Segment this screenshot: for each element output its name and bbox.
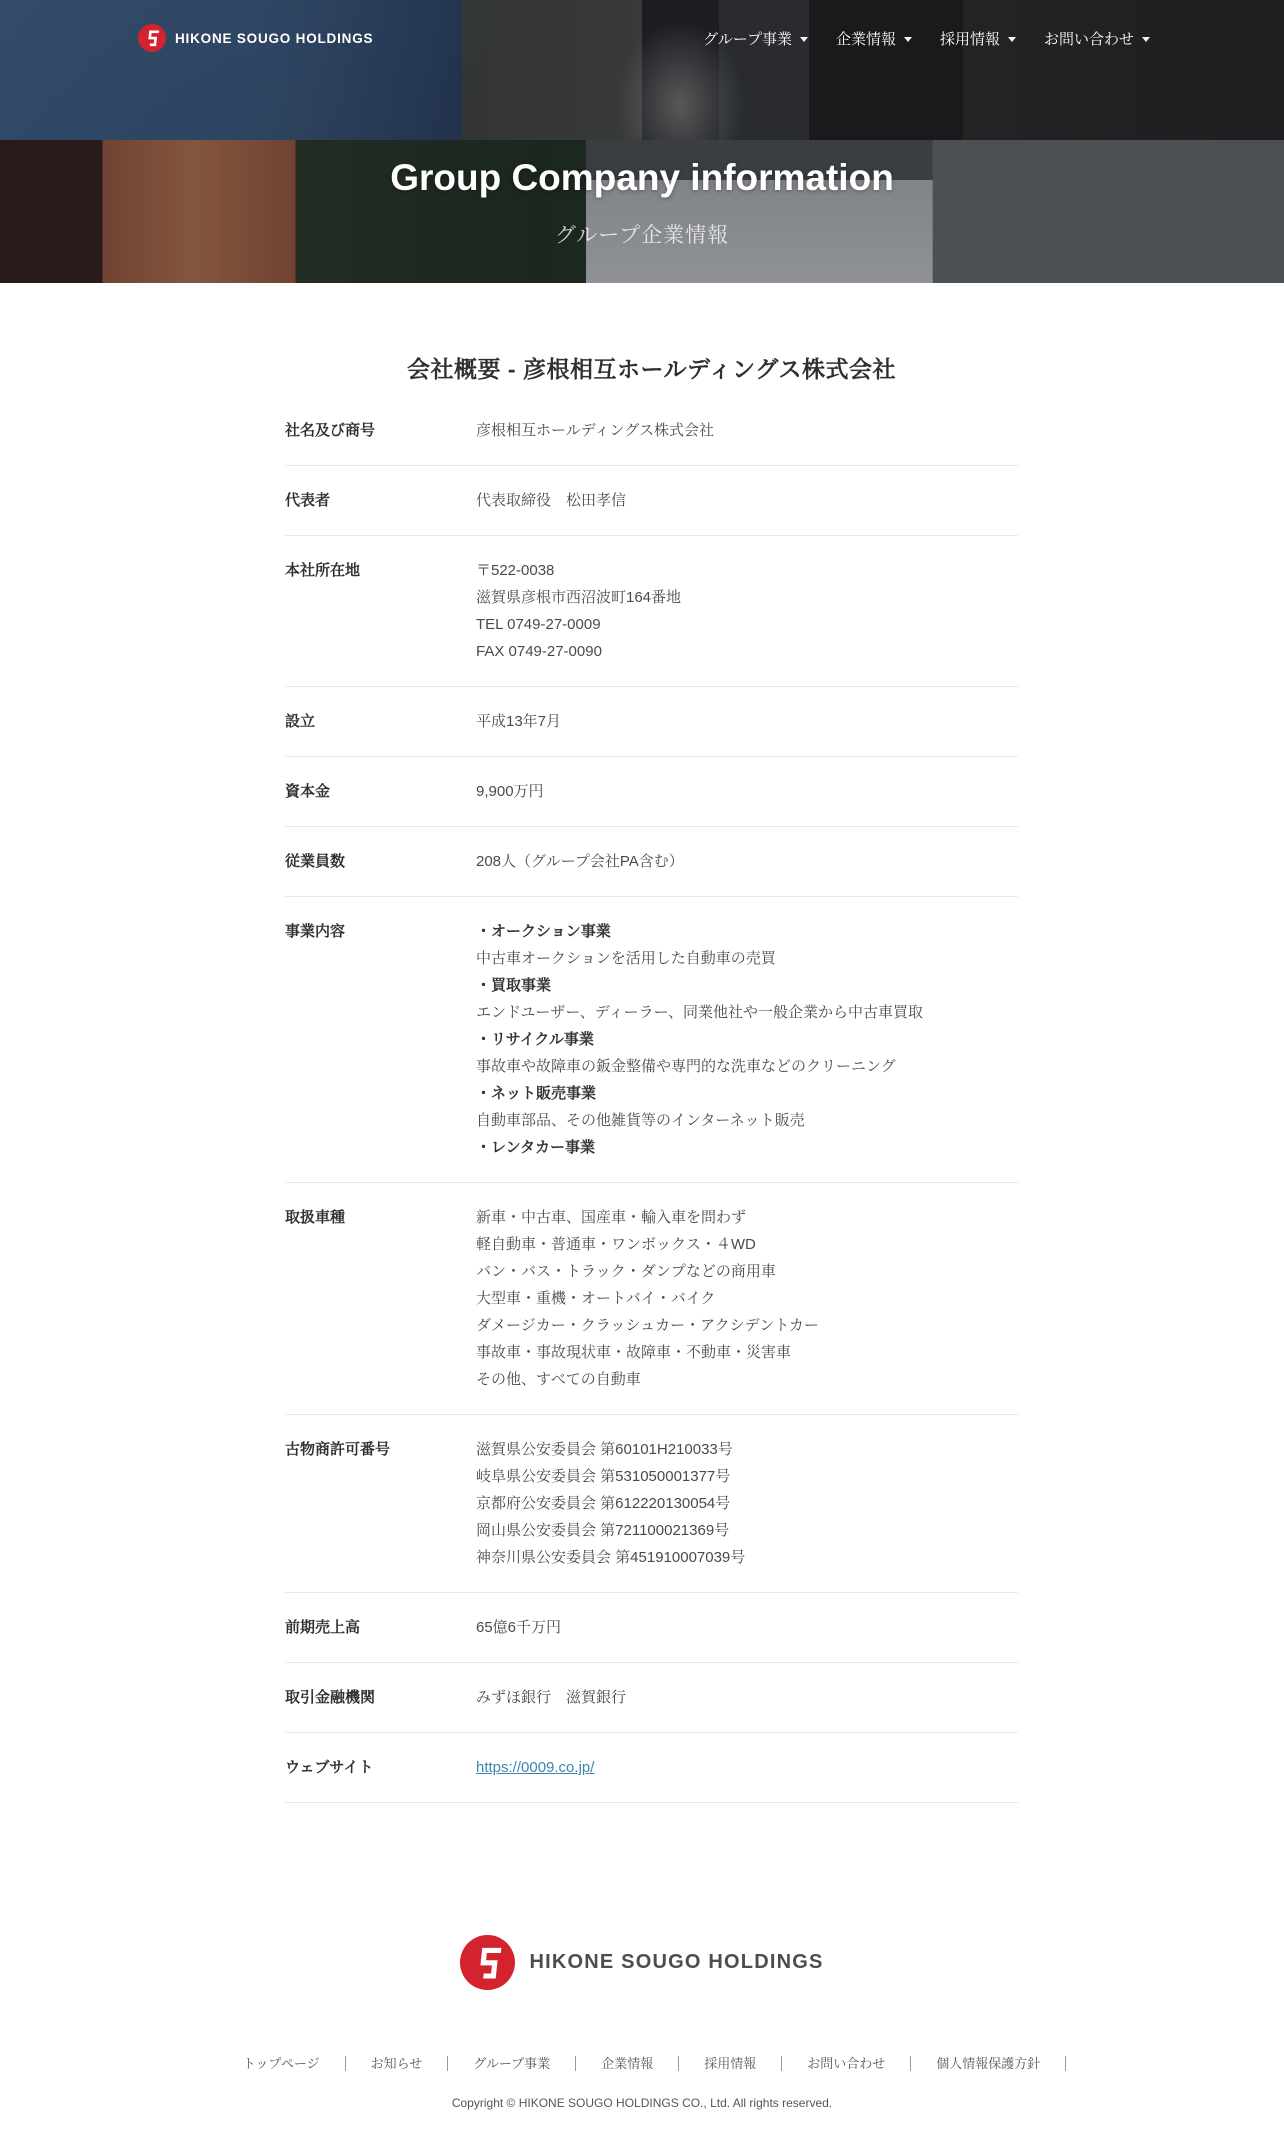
row-value: https://0009.co.jp/ <box>476 1754 1018 1781</box>
row-label: 前期売上高 <box>285 1614 476 1641</box>
footer-link-7[interactable]: 個人情報保護方針 <box>911 2056 1066 2071</box>
footer-link-2[interactable]: お知らせ <box>346 2056 449 2071</box>
nav-item-label: お問い合わせ <box>1044 28 1134 49</box>
logo-icon <box>138 24 166 52</box>
chevron-down-icon <box>1142 37 1150 42</box>
footer-link-3[interactable]: グループ事業 <box>448 2056 576 2071</box>
table-row: 設立平成13年7月 <box>285 687 1018 757</box>
website-link[interactable]: https://0009.co.jp/ <box>476 1754 594 1781</box>
footer-link-5[interactable]: 採用情報 <box>679 2056 782 2071</box>
value-line: 岐阜県公安委員会 第531050001377号 <box>476 1463 1018 1490</box>
nav-item-label: 企業情報 <box>836 28 896 49</box>
row-value: 9,900万円 <box>476 778 1018 805</box>
header-logo[interactable]: HIKONE SOUGO HOLDINGS <box>138 24 373 52</box>
row-label: 事業内容 <box>285 918 476 1161</box>
value-line: 新車・中古車、国産車・輸入車を問わず <box>476 1204 1018 1231</box>
value-line: 自動車部品、その他雑貨等のインターネット販売 <box>476 1107 1018 1134</box>
row-label: 本社所在地 <box>285 557 476 665</box>
value-line: ・レンタカー事業 <box>476 1134 1018 1161</box>
value-line: ・ネット販売事業 <box>476 1080 1018 1107</box>
table-row: 社名及び商号彦根相互ホールディングス株式会社 <box>285 396 1018 466</box>
value-line: 代表取締役 松田孝信 <box>476 487 1018 514</box>
value-line: 〒522-0038 <box>476 557 1018 584</box>
value-line: 平成13年7月 <box>476 708 1018 735</box>
table-row: ウェブサイトhttps://0009.co.jp/ <box>285 1733 1018 1803</box>
nav-item-3[interactable]: 採用情報 <box>940 28 1016 49</box>
row-value: 代表取締役 松田孝信 <box>476 487 1018 514</box>
value-line: みずほ銀行 滋賀銀行 <box>476 1684 1018 1711</box>
footer-nav: トップページお知らせグループ事業企業情報採用情報お問い合わせ個人情報保護方針 <box>0 2056 1284 2071</box>
value-line: 事故車・事故現状車・故障車・不動車・災害車 <box>476 1339 1018 1366</box>
value-line: 滋賀県公安委員会 第60101H210033号 <box>476 1436 1018 1463</box>
company-overview-heading: 会社概要 - 彦根相互ホールディングス株式会社 <box>285 283 1018 396</box>
row-value: 〒522-0038滋賀県彦根市西沼波町164番地TEL 0749-27-0009… <box>476 557 1018 665</box>
value-line: 大型車・重機・オートバイ・バイク <box>476 1285 1018 1312</box>
footer-link-4[interactable]: 企業情報 <box>576 2056 679 2071</box>
value-line: ・買取事業 <box>476 972 1018 999</box>
value-line: 彦根相互ホールディングス株式会社 <box>476 417 1018 444</box>
value-line: 軽自動車・普通車・ワンボックス・４WD <box>476 1231 1018 1258</box>
value-line: TEL 0749-27-0009 <box>476 611 1018 638</box>
table-row: 取扱車種新車・中古車、国産車・輸入車を問わず軽自動車・普通車・ワンボックス・４W… <box>285 1183 1018 1415</box>
row-value: 新車・中古車、国産車・輸入車を問わず軽自動車・普通車・ワンボックス・４WDバン・… <box>476 1204 1018 1393</box>
row-label: ウェブサイト <box>285 1754 476 1781</box>
hero-banner: Group Company information グループ企業情報 <box>0 140 1284 283</box>
row-label: 設立 <box>285 708 476 735</box>
value-line: 中古車オークションを活用した自動車の売買 <box>476 945 1018 972</box>
header-nav: グループ事業企業情報採用情報お問い合わせ <box>703 28 1150 49</box>
logo-icon <box>460 1935 515 1990</box>
footer-logo[interactable]: HIKONE SOUGO HOLDINGS <box>460 1935 823 1990</box>
value-line: 208人（グループ会社PA含む） <box>476 848 1018 875</box>
table-row: 事業内容・オークション事業中古車オークションを活用した自動車の売買・買取事業エン… <box>285 897 1018 1183</box>
value-line: その他、すべての自動車 <box>476 1366 1018 1393</box>
value-line: バン・バス・トラック・ダンプなどの商用車 <box>476 1258 1018 1285</box>
row-label: 代表者 <box>285 487 476 514</box>
table-row: 従業員数208人（グループ会社PA含む） <box>285 827 1018 897</box>
nav-item-4[interactable]: お問い合わせ <box>1044 28 1150 49</box>
row-value: みずほ銀行 滋賀銀行 <box>476 1684 1018 1711</box>
row-value: 平成13年7月 <box>476 708 1018 735</box>
company-table: 社名及び商号彦根相互ホールディングス株式会社代表者代表取締役 松田孝信本社所在地… <box>285 396 1018 1803</box>
table-row: 代表者代表取締役 松田孝信 <box>285 466 1018 536</box>
main-content: 会社概要 - 彦根相互ホールディングス株式会社 社名及び商号彦根相互ホールディン… <box>0 283 1284 1803</box>
table-row: 資本金9,900万円 <box>285 757 1018 827</box>
row-value: 65億6千万円 <box>476 1614 1018 1641</box>
value-line: ・オークション事業 <box>476 918 1018 945</box>
row-label: 社名及び商号 <box>285 417 476 444</box>
site-header: HIKONE SOUGO HOLDINGS グループ事業企業情報採用情報お問い合… <box>0 0 1284 140</box>
copyright-text: Copyright © HIKONE SOUGO HOLDINGS CO., L… <box>0 2096 1284 2110</box>
row-label: 取扱車種 <box>285 1204 476 1393</box>
nav-item-1[interactable]: グループ事業 <box>703 28 808 49</box>
nav-item-2[interactable]: 企業情報 <box>836 28 912 49</box>
value-line: 京都府公安委員会 第612220130054号 <box>476 1490 1018 1517</box>
value-line: FAX 0749-27-0090 <box>476 638 1018 665</box>
row-value: ・オークション事業中古車オークションを活用した自動車の売買・買取事業エンドユーザ… <box>476 918 1018 1161</box>
nav-item-label: グループ事業 <box>703 28 792 49</box>
row-label: 従業員数 <box>285 848 476 875</box>
value-line: 事故車や故障車の鈑金整備や専門的な洗車などのクリーニング <box>476 1053 1018 1080</box>
footer-link-1[interactable]: トップページ <box>218 2056 346 2071</box>
value-line: ・リサイクル事業 <box>476 1026 1018 1053</box>
row-label: 取引金融機関 <box>285 1684 476 1711</box>
table-row: 取引金融機関みずほ銀行 滋賀銀行 <box>285 1663 1018 1733</box>
nav-item-label: 採用情報 <box>940 28 1000 49</box>
row-value: 彦根相互ホールディングス株式会社 <box>476 417 1018 444</box>
footer-link-6[interactable]: お問い合わせ <box>782 2056 911 2071</box>
brand-name: HIKONE SOUGO HOLDINGS <box>175 31 373 46</box>
table-row: 古物商許可番号滋賀県公安委員会 第60101H210033号岐阜県公安委員会 第… <box>285 1415 1018 1593</box>
value-line: 神奈川県公安委員会 第451910007039号 <box>476 1544 1018 1571</box>
value-line: ダメージカー・クラッシュカー・アクシデントカー <box>476 1312 1018 1339</box>
page-subtitle: グループ企業情報 <box>0 219 1284 249</box>
row-label: 古物商許可番号 <box>285 1436 476 1571</box>
value-line: 滋賀県彦根市西沼波町164番地 <box>476 584 1018 611</box>
value-line: エンドユーザー、ディーラー、同業他社や一般企業から中古車買取 <box>476 999 1018 1026</box>
page-title: Group Company information <box>0 157 1284 199</box>
value-line: 9,900万円 <box>476 778 1018 805</box>
row-value: 208人（グループ会社PA含む） <box>476 848 1018 875</box>
brand-name: HIKONE SOUGO HOLDINGS <box>529 1951 823 1974</box>
site-footer: HIKONE SOUGO HOLDINGS トップページお知らせグループ事業企業… <box>0 1803 1284 2152</box>
value-line: 65億6千万円 <box>476 1614 1018 1641</box>
value-line: 岡山県公安委員会 第721100021369号 <box>476 1517 1018 1544</box>
chevron-down-icon <box>1008 37 1016 42</box>
table-row: 前期売上高65億6千万円 <box>285 1593 1018 1663</box>
row-label: 資本金 <box>285 778 476 805</box>
table-row: 本社所在地〒522-0038滋賀県彦根市西沼波町164番地TEL 0749-27… <box>285 536 1018 687</box>
chevron-down-icon <box>904 37 912 42</box>
row-value: 滋賀県公安委員会 第60101H210033号岐阜県公安委員会 第5310500… <box>476 1436 1018 1571</box>
chevron-down-icon <box>800 37 808 42</box>
